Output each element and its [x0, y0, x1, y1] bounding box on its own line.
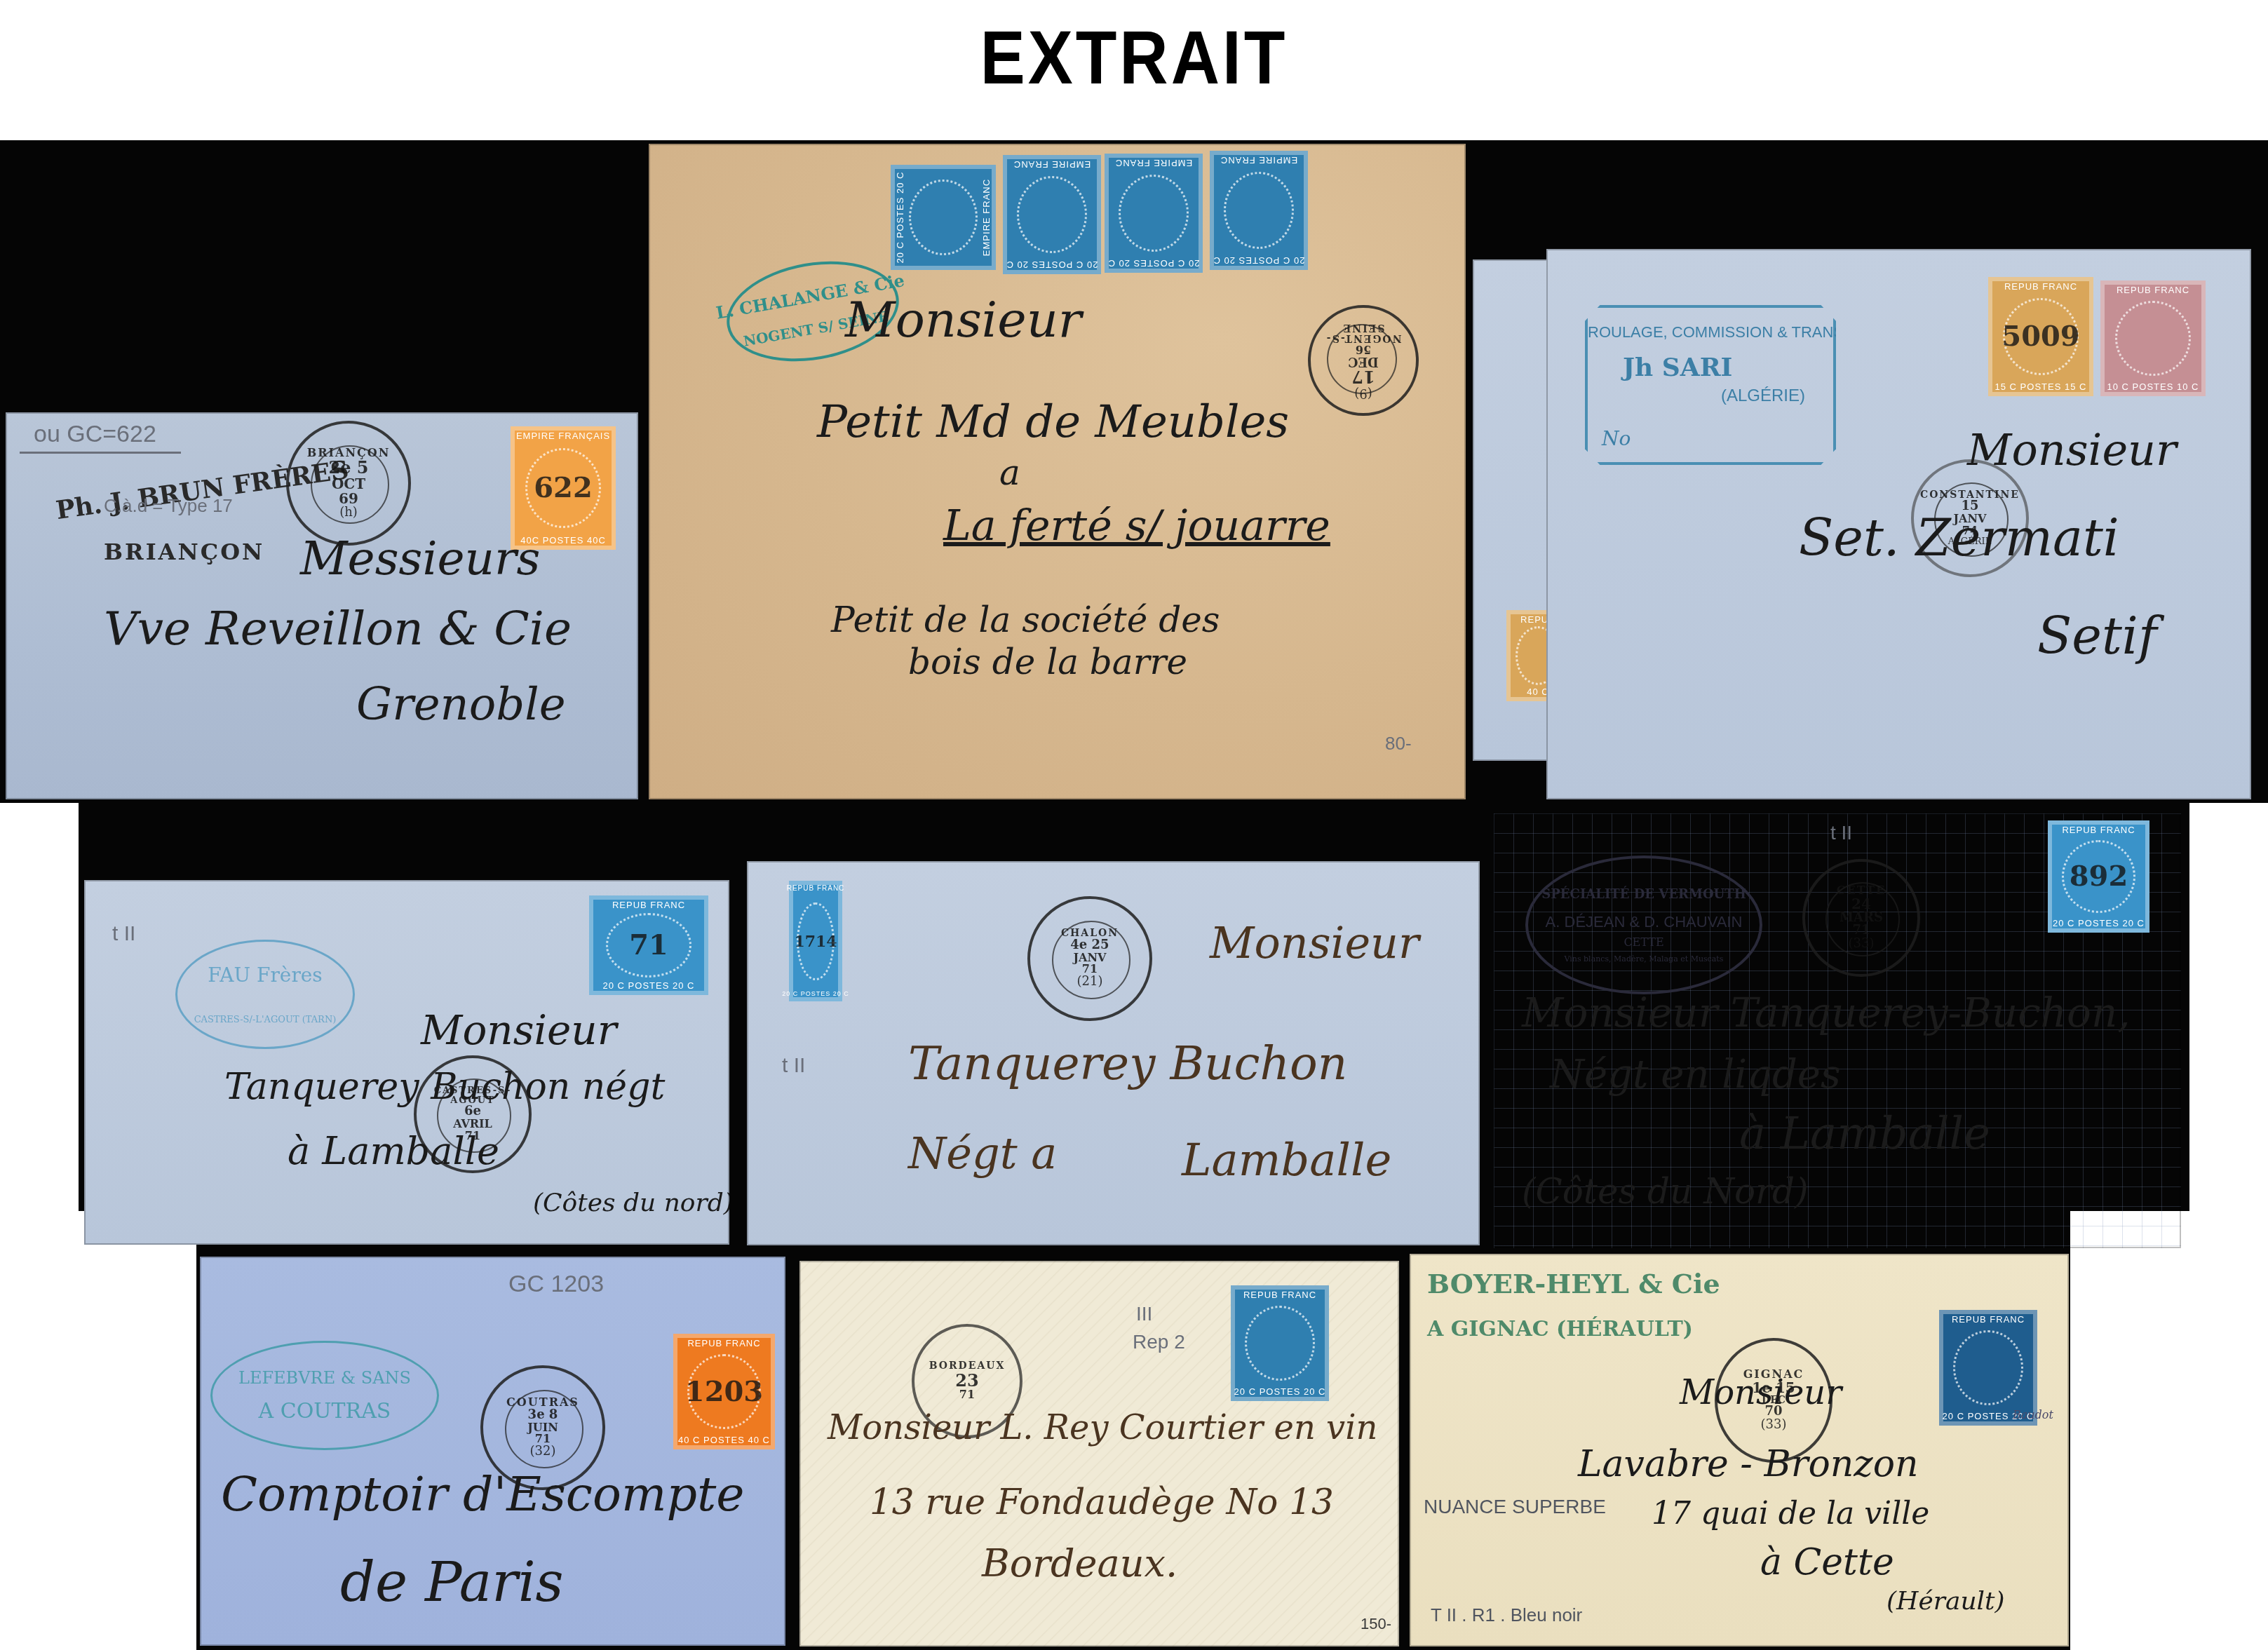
- address-line-4: à Cette: [1760, 1541, 1894, 1583]
- address-line-3: Grenoble: [356, 679, 566, 731]
- address-line-1: Monsieur: [1967, 424, 2177, 475]
- cover-boyer-heyl[interactable]: BOYER-HEYL & Cie A GIGNAC (HÉRAULT) GIGN…: [1410, 1254, 2069, 1646]
- address-line-3: Bordeaux.: [982, 1541, 1177, 1585]
- address-line-1: Monsieur L. Rey Courtier en vin: [828, 1408, 1377, 1447]
- cachet-company-oval: LEFEBVRE & SANS A COUTRAS: [210, 1341, 439, 1450]
- pencil-note: III: [1136, 1303, 1152, 1325]
- pencil-note: GC 1203: [508, 1271, 604, 1298]
- address-line-5: (Hérault): [1886, 1587, 2005, 1616]
- cachet-company: BOYER-HEYL & Cie: [1427, 1268, 1720, 1299]
- gc-cancel: 622: [525, 448, 601, 528]
- address-line-1: Monsieur: [421, 1006, 616, 1054]
- address-line-4: (Côtes du Nord): [1522, 1171, 1808, 1212]
- address-line-3: 17 quai de la ville: [1652, 1496, 1929, 1531]
- gc-cancel: 5009: [2003, 298, 2079, 375]
- address-line-1: Monsieur Tanquerey-Buchon,: [1522, 989, 2131, 1036]
- cover-fau-freres[interactable]: t II FAU Frères CASTRES-S/-L'AGOUT (TARN…: [84, 880, 729, 1245]
- gc-cancel: 71: [606, 913, 692, 978]
- stamp-20c-empire-3[interactable]: 20 C POSTES 20 CEMPIRE FRANC: [1105, 154, 1203, 273]
- address-line-1: Comptoir d'Escompte: [221, 1467, 744, 1522]
- cachet-company-box: ROULAGE, COMMISSION & TRANSIT Jh SARI (A…: [1585, 305, 1836, 465]
- cachet-town: A GIGNAC (HÉRAULT): [1427, 1317, 1693, 1341]
- address-line-2: Lavabre - Bronzon: [1578, 1443, 1919, 1485]
- address-line-1: Monsieur: [1680, 1373, 1842, 1412]
- price-note: 150-: [1361, 1615, 1391, 1633]
- stamp-15c-ceres[interactable]: REPUB FRANC500915 C POSTES 15 C: [1988, 277, 2093, 396]
- stamp-40c-bordeaux[interactable]: REPUB FRANC120340 C POSTES 40 C: [673, 1334, 775, 1449]
- address-line-2: Petit Md de Meubles: [817, 396, 1289, 448]
- address-line-4: (Côtes du nord): [533, 1189, 729, 1217]
- pencil-note: NUANCE SUPERBE: [1424, 1496, 1606, 1518]
- address-line-2: Vve Reveillon & Cie: [104, 602, 572, 656]
- address-line-3: à Lamballe: [1739, 1108, 1990, 1160]
- gc-cancel: 892: [2062, 840, 2135, 913]
- cachet-company-oval: FAU Frères CASTRES-S/-L'AGOUT (TARN): [175, 940, 355, 1049]
- postmark: BRIANÇON 2e 5 OCT 69 (h): [286, 421, 411, 546]
- stamp-20c-bordeaux[interactable]: REPUB FRANC7120 C POSTES 20 C: [589, 895, 708, 995]
- address-line-2: Tanquerey Buchon négt: [224, 1066, 665, 1108]
- stamp-20c-bordeaux[interactable]: REPUB FRANC20 C POSTES 20 C: [1231, 1285, 1329, 1401]
- cover-chalange[interactable]: 20 C POSTES 20 CEMPIRE FRANC 20 C POSTES…: [649, 144, 1466, 799]
- cover-dejean-chauvain[interactable]: t II SPÉCIALITÉ DE VERMOUTH A. DÉJEAN & …: [1494, 813, 2181, 1248]
- page-title: EXTRAIT: [0, 15, 2268, 101]
- address-line-3: a: [999, 452, 1020, 493]
- gc-cancel: 1714: [797, 902, 834, 981]
- stamp-10c-ceres[interactable]: REPUB FRANC10 C POSTES 10 C: [2100, 280, 2206, 396]
- cover-sari[interactable]: ROULAGE, COMMISSION & TRANSIT Jh SARI (A…: [1546, 249, 2251, 799]
- address-line-4: Lamballe: [1182, 1135, 1391, 1186]
- address-line-1: Messieurs: [300, 532, 540, 586]
- address-line-3: à Lamballe: [288, 1129, 499, 1173]
- cover-brun-freres[interactable]: ou GC=622 Ph. J. BRUN FRÈRES C.à.d = Typ…: [6, 412, 638, 799]
- expert-signature: Baudot: [2013, 1408, 2053, 1421]
- pencil-note: t II: [1830, 822, 1852, 844]
- stamp-20c-bordeaux[interactable]: REPUB FRANC171420 C POSTES 20 C: [789, 881, 842, 1001]
- pencil-note: ou GC=622: [34, 421, 156, 448]
- postmark: (9) 17 DEC 56 NOGENT-S-SEINE: [1308, 305, 1419, 416]
- address-line-2: de Paris: [340, 1551, 564, 1614]
- pencil-underline: [20, 452, 181, 454]
- cover-rey-bordeaux[interactable]: III Rep 2 BORDEAUX 23 71 REPUB FRANC20 C…: [799, 1261, 1399, 1646]
- cachet-town: BRIANÇON: [104, 539, 264, 565]
- stamp-20c-empire-2[interactable]: 20 C POSTES 20 CEMPIRE FRANC: [1003, 155, 1101, 274]
- address-line-4: La ferté s/ jouarre: [943, 501, 1330, 550]
- price-note: 80-: [1385, 733, 1412, 755]
- address-line-3: Négt a: [908, 1128, 1057, 1179]
- pencil-note: t II: [782, 1054, 805, 1078]
- cover-coutras[interactable]: GC 1203 LEFEBVRE & SANS A COUTRAS COUTRA…: [200, 1257, 785, 1646]
- stamp-20c-bordeaux[interactable]: REPUB FRANC89220 C POSTES 20 C: [2048, 820, 2149, 933]
- stamp-20c-empire-4[interactable]: 20 C POSTES 20 CEMPIRE FRANC: [1210, 151, 1308, 270]
- address-line-2: Tanquerey Buchon: [908, 1036, 1347, 1090]
- gc-cancel: 1203: [687, 1354, 760, 1429]
- address-line-6: bois de la barre: [908, 642, 1187, 682]
- pencil-note-2: Rep 2: [1133, 1331, 1185, 1353]
- address-line-2: Négt en liqdes: [1550, 1052, 1841, 1097]
- pencil-note-2: C.à.d = Type 17: [104, 495, 233, 517]
- pencil-note: t II: [112, 922, 135, 946]
- cover-underlying-sheet: REPUB40 C: [1473, 259, 1557, 761]
- cover-tanquerey-chalon[interactable]: REPUB FRANC171420 C POSTES 20 C CHALON 4…: [747, 861, 1480, 1245]
- postmark: CETTE 24 MARS 71 (33): [1802, 859, 1920, 977]
- address-line-3: Setif: [2037, 607, 2157, 665]
- postmark: CHALON 4e 25 JANV 71 (21): [1027, 896, 1152, 1021]
- address-line-5: Petit de la société des: [831, 600, 1220, 640]
- address-line-1: Monsieur: [1210, 917, 1419, 968]
- address-line-1: Monsieur: [845, 291, 1081, 349]
- pencil-note-2: T II . R1 . Bleu noir: [1431, 1604, 1582, 1626]
- stamp-20c-empire-1[interactable]: 20 C POSTES 20 CEMPIRE FRANC: [891, 165, 996, 270]
- address-line-2: 13 rue Fondaudège No 13: [870, 1482, 1334, 1522]
- cachet-company-oval: SPÉCIALITÉ DE VERMOUTH A. DÉJEAN & D. CH…: [1525, 856, 1762, 994]
- address-line-2: Set. Zermati: [1799, 508, 2119, 567]
